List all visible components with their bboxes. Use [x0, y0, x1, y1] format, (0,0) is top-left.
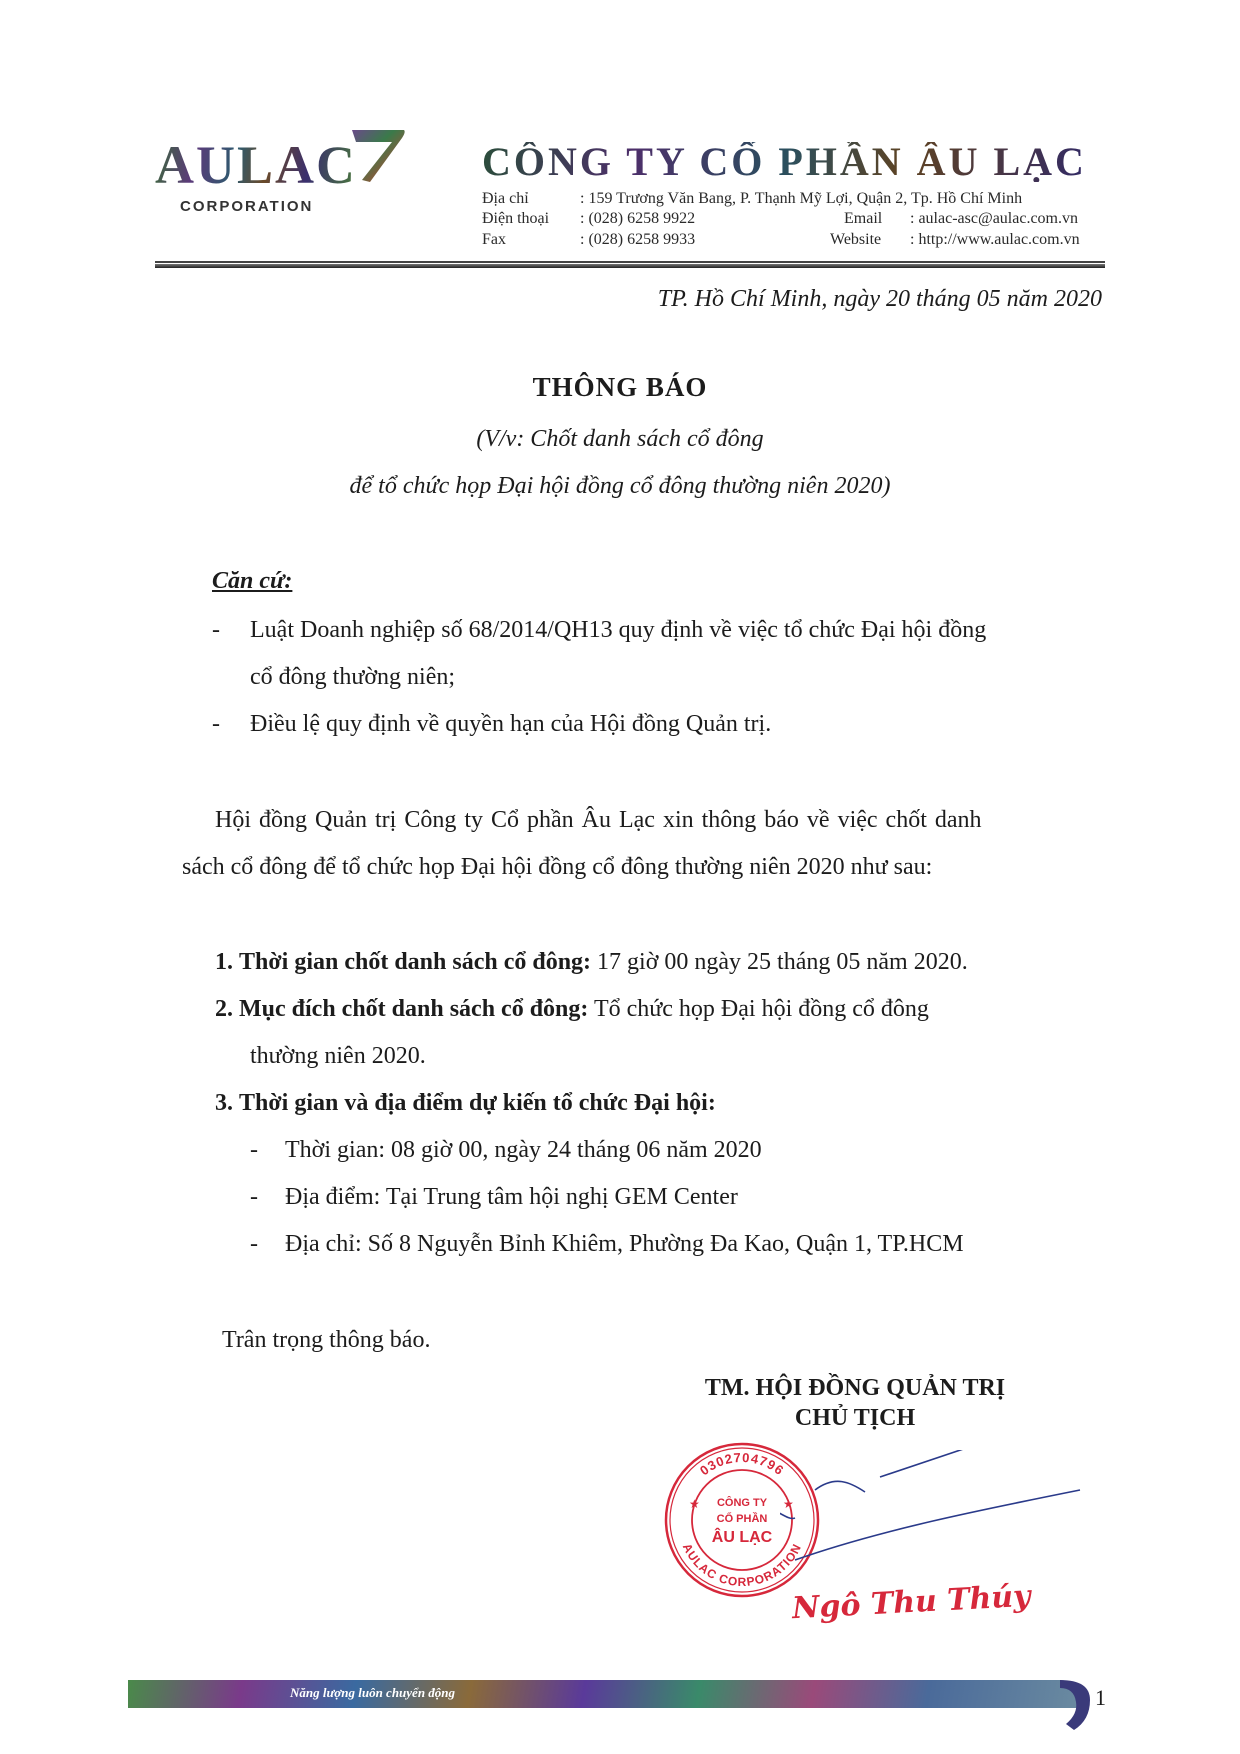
meeting-time: Thời gian: 08 giờ 00, ngày 24 tháng 06 n…: [285, 1137, 762, 1164]
bullet-dash: -: [212, 617, 220, 644]
item-value: Tổ chức họp Đại hội đồng cổ đông: [588, 996, 929, 1022]
item-number: 2.: [215, 996, 233, 1022]
email-label: Email: [844, 209, 882, 229]
item-number: 3.: [215, 1090, 233, 1116]
closing-line: Trân trọng thông báo.: [222, 1327, 430, 1354]
footer-curl-icon: [1060, 1680, 1096, 1730]
fax-value: : (028) 6258 9933: [580, 230, 695, 250]
address-value: : 159 Trương Văn Bang, P. Thạnh Mỹ Lợi, …: [580, 189, 1022, 209]
stamp-center-line-2: CỔ PHẦN: [717, 1512, 768, 1525]
subtitle-line-2: để tổ chức họp Đại hội đồng cổ đông thườ…: [0, 473, 1240, 500]
numbered-item-2-continued: thường niên 2020.: [250, 1043, 426, 1070]
bullet-dash: -: [212, 711, 220, 738]
company-name: CÔNG TY CỔ PHẦN ÂU LẠC: [482, 142, 1087, 182]
stamp-star-icon: ★: [689, 1497, 700, 1511]
document-title: THÔNG BÁO: [0, 372, 1240, 403]
signature-org-line: TM. HỘI ĐỒNG QUẢN TRỊ: [660, 1375, 1050, 1402]
phone-value: : (028) 6258 9922: [580, 209, 695, 229]
item-label: Thời gian và địa điểm dự kiến tổ chức Đạ…: [239, 1090, 716, 1116]
website-value: : http://www.aulac.com.vn: [910, 230, 1080, 250]
stamp-tax-number: 0302704796: [697, 1450, 787, 1478]
stamp-center-line-3: ÂU LẠC: [712, 1527, 773, 1546]
website-label: Website: [830, 230, 881, 250]
intro-line-1: Hội đồng Quản trị Công ty Cổ phần Âu Lạc…: [215, 807, 982, 834]
basis-item-1-line-1: Luật Doanh nghiệp số 68/2014/QH13 quy đị…: [250, 617, 986, 644]
bullet-dash: -: [250, 1231, 258, 1258]
basis-heading: Căn cứ:: [212, 568, 292, 595]
company-logo-wordmark: AULAC: [155, 138, 357, 192]
logo-seven-icon: [348, 126, 408, 186]
stamp-center-line-1: CÔNG TY: [717, 1496, 768, 1509]
numbered-item-1: 1. Thời gian chốt danh sách cổ đông: 17 …: [215, 949, 968, 976]
item-value: 17 giờ 00 ngày 25 tháng 05 năm 2020.: [591, 949, 968, 975]
company-logo-subtitle: CORPORATION: [180, 198, 313, 215]
svg-text:0302704796: 0302704796: [697, 1450, 787, 1478]
item-label: Thời gian chốt danh sách cổ đông:: [239, 949, 591, 975]
item-label: Mục đích chốt danh sách cổ đông:: [239, 996, 588, 1022]
header-divider: [155, 261, 1105, 263]
basis-item-2: Điều lệ quy định về quyền hạn của Hội đồ…: [250, 711, 771, 738]
header-divider-thick: [155, 264, 1105, 268]
date-line: TP. Hồ Chí Minh, ngày 20 tháng 05 năm 20…: [658, 286, 1102, 313]
subtitle-line-1: (V/v: Chốt danh sách cổ đông: [0, 426, 1240, 453]
footer-band: [128, 1680, 1078, 1708]
intro-line-2: sách cổ đông để tổ chức họp Đại hội đồng…: [182, 854, 932, 881]
bullet-dash: -: [250, 1184, 258, 1211]
basis-item-1-line-2: cổ đông thường niên;: [250, 664, 455, 691]
numbered-item-3: 3. Thời gian và địa điểm dự kiến tổ chức…: [215, 1090, 716, 1117]
signature-role: CHỦ TỊCH: [660, 1405, 1050, 1432]
meeting-address: Địa chỉ: Số 8 Nguyễn Bỉnh Khiêm, Phường …: [285, 1231, 964, 1258]
email-value: : aulac-asc@aulac.com.vn: [910, 209, 1078, 229]
footer-slogan: Năng lượng luôn chuyển động: [290, 1685, 455, 1701]
address-label: Địa chỉ: [482, 189, 529, 209]
phone-label: Điện thoại: [482, 209, 549, 229]
bullet-dash: -: [250, 1137, 258, 1164]
item-number: 1.: [215, 949, 233, 975]
page-number: 1: [1095, 1685, 1106, 1711]
meeting-venue: Địa điểm: Tại Trung tâm hội nghị GEM Cen…: [285, 1184, 738, 1211]
numbered-item-2: 2. Mục đích chốt danh sách cổ đông: Tổ c…: [215, 996, 929, 1023]
fax-label: Fax: [482, 230, 506, 250]
